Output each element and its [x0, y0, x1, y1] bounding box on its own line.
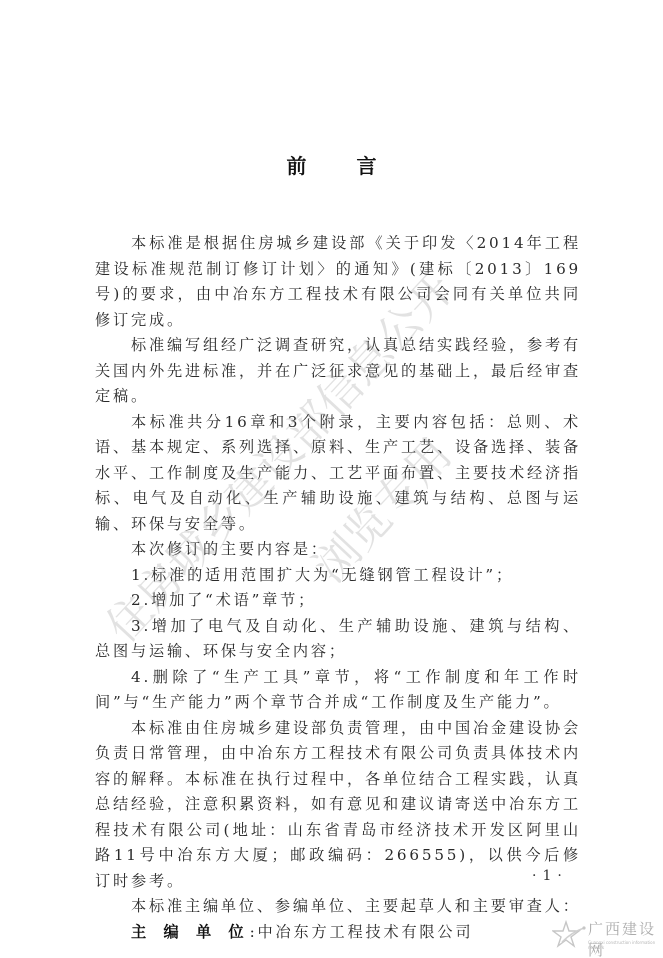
paragraph-contents: 本标准共分16章和3个附录，主要内容包括：总则、术语、基本规定、系列选择、原料、…: [95, 410, 581, 538]
preface-body: 本标准是根据住房城乡建设部《关于印发〈2014年工程建设标准规范制订修订计划〉的…: [95, 231, 581, 945]
chief-unit-value: 中冶东方工程技术有限公司: [258, 923, 474, 941]
document-page: 前言 本标准是根据住房城乡建设部《关于印发〈2014年工程建设标准规范制订修订计…: [0, 0, 663, 958]
page-number: ·1·: [532, 868, 568, 884]
chief-unit-separator: :: [250, 923, 258, 941]
paragraph-units-intro: 本标准主编单位、参编单位、主要起草人和主要审查人：: [95, 894, 581, 920]
revision-item-3: 3.增加了电气及自动化、生产辅助设施、建筑与结构、总图与运输、环保与安全内容；: [95, 614, 581, 665]
title-char-2: 言: [357, 150, 377, 179]
paragraph-management: 本标准由住房城乡建设部负责管理，由中国冶金建设协会负责日常管理，由中冶东方工程技…: [95, 716, 581, 895]
site-logo: 广西建设网 Guangxi construction information n…: [560, 918, 660, 952]
star-logo-icon: [552, 920, 586, 948]
revision-item-1: 1.标准的适用范围扩大为“无缝钢管工程设计”；: [95, 563, 581, 589]
logo-subtitle: Guangxi construction information network: [588, 940, 660, 950]
chief-unit-label: 主 编 单 位: [131, 923, 250, 941]
paragraph-revision-intro: 本次修订的主要内容是：: [95, 537, 581, 563]
page-title: 前言: [0, 150, 663, 179]
title-char-1: 前: [287, 150, 307, 179]
revision-item-2: 2.增加了“术语”章节；: [95, 588, 581, 614]
chief-unit-line: 主 编 单 位:中冶东方工程技术有限公司: [95, 920, 581, 946]
paragraph-basis: 本标准是根据住房城乡建设部《关于印发〈2014年工程建设标准规范制订修订计划〉的…: [95, 231, 581, 333]
revision-item-4: 4.删除了“生产工具”章节，将“工作制度和年工作时间”与“生产能力”两个章节合并…: [95, 665, 581, 716]
logo-name: 广西建设网: [588, 918, 660, 958]
paragraph-compilation: 标准编写组经广泛调查研究，认真总结实践经验，参考有关国内外先进标准，并在广泛征求…: [95, 333, 581, 410]
